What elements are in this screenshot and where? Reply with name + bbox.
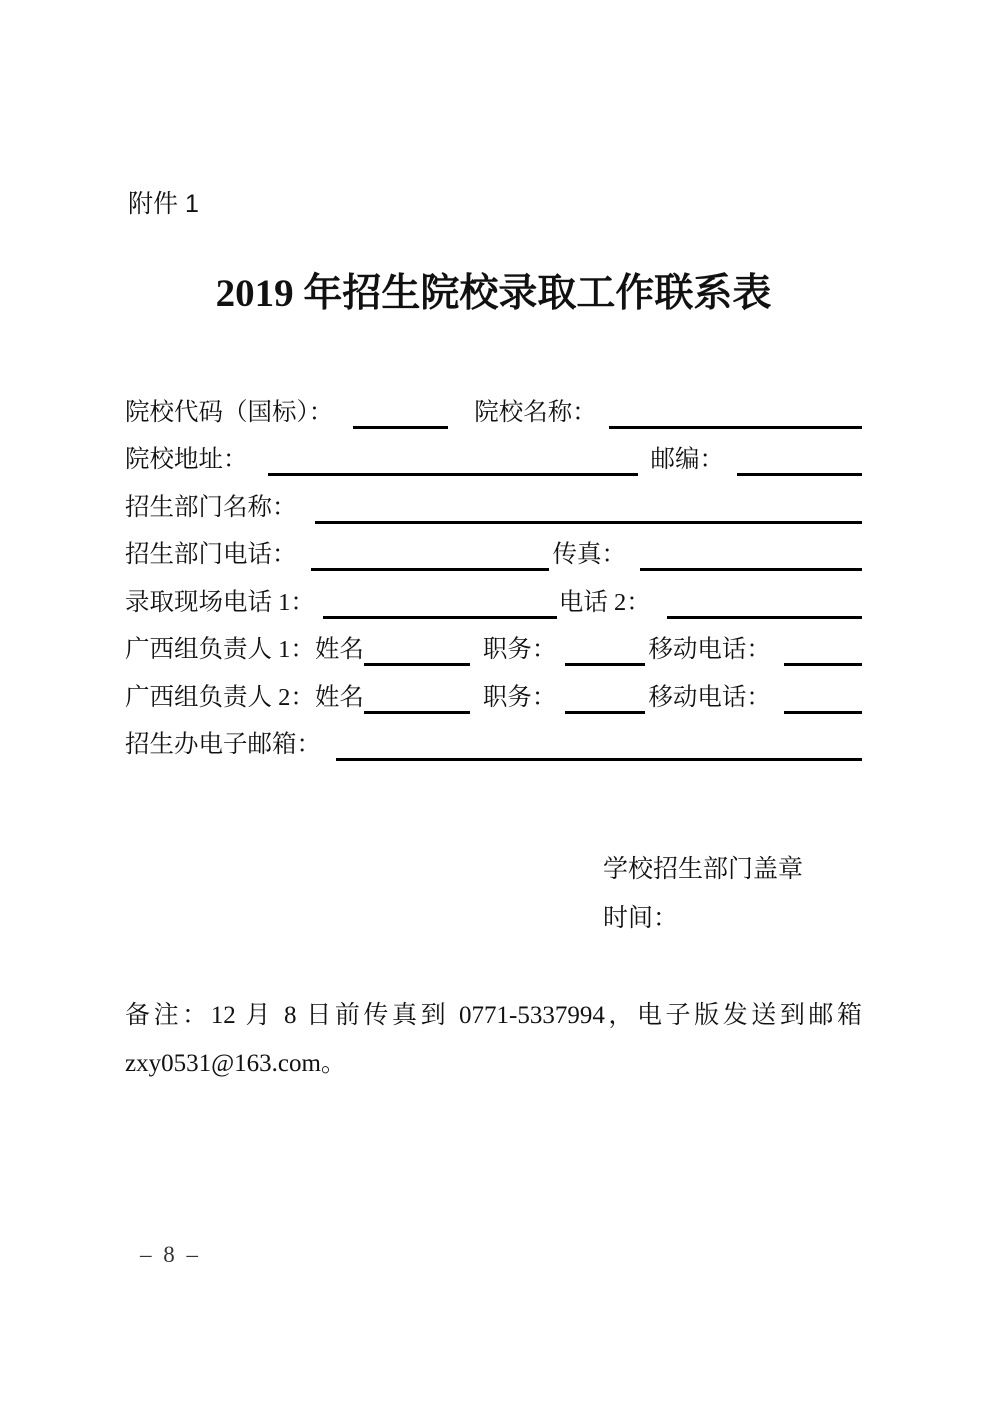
- blank-underline: [565, 654, 645, 666]
- contact-form: 院校代码（国标）：院校名称：院校地址：邮编：招生部门名称：招生部门电话：传真：录…: [125, 381, 862, 761]
- blank-underline: [353, 417, 448, 429]
- form-line: 广西组负责人 2：姓名职务：移动电话：: [125, 666, 862, 714]
- stamp-line: 学校招生部门盖章: [603, 849, 803, 898]
- notes-block: 备注：12 月 8 日前传真到 0771-5337994，电子版发送到邮箱 zx…: [125, 995, 862, 1091]
- time-line: 时间：: [603, 898, 803, 947]
- field-label: 职务：: [483, 682, 557, 714]
- form-line: 招生部门名称：: [125, 476, 862, 524]
- field-label: 电话 2：: [559, 587, 651, 619]
- form-line: 院校地址：邮编：: [125, 429, 862, 477]
- blank-underline: [364, 702, 470, 714]
- blank-underline: [784, 654, 862, 666]
- field-label: 广西组负责人 2：姓名: [125, 682, 364, 714]
- blank-underline: [364, 654, 470, 666]
- blank-underline: [640, 559, 862, 571]
- field-label: 院校名称：: [474, 397, 597, 429]
- field-label: 招生部门名称：: [125, 492, 297, 524]
- field-label: 院校代码（国标）：: [125, 397, 333, 429]
- field-label: 传真：: [553, 539, 627, 571]
- note-line-2: zxy0531@163.com。: [125, 1043, 862, 1091]
- field-label: 录取现场电话 1：: [125, 587, 315, 619]
- field-label: 招生办电子邮箱：: [125, 729, 321, 761]
- blank-underline: [784, 702, 862, 714]
- field-label: 招生部门电话：: [125, 539, 297, 571]
- blank-underline: [336, 749, 862, 761]
- blank-underline: [737, 464, 862, 476]
- field-label: 移动电话：: [648, 682, 771, 714]
- form-line: 广西组负责人 1：姓名职务：移动电话：: [125, 619, 862, 667]
- blank-underline: [315, 512, 863, 524]
- attachment-label: 附件 1: [128, 184, 199, 220]
- form-line: 录取现场电话 1：电话 2：: [125, 571, 862, 619]
- blank-underline: [565, 702, 645, 714]
- form-line: 招生部门电话：传真：: [125, 524, 862, 572]
- page-title: 2019 年招生院校录取工作联系表: [125, 262, 862, 318]
- blank-underline: [609, 417, 862, 429]
- page-number: – 8 –: [140, 1242, 201, 1268]
- field-label: 广西组负责人 1：姓名: [125, 634, 364, 666]
- document-page: 附件 1 2019 年招生院校录取工作联系表 院校代码（国标）：院校名称：院校地…: [0, 0, 992, 1403]
- blank-underline: [667, 607, 862, 619]
- note-line-1: 备注：12 月 8 日前传真到 0771-5337994，电子版发送到邮箱: [125, 995, 862, 1043]
- field-label: 移动电话：: [648, 634, 771, 666]
- field-label: 院校地址：: [125, 444, 248, 476]
- blank-underline: [323, 607, 557, 619]
- blank-underline: [268, 464, 638, 476]
- blank-underline: [311, 559, 549, 571]
- form-line: 院校代码（国标）：院校名称：: [125, 381, 862, 429]
- field-label: 邮编：: [651, 444, 725, 476]
- form-line: 招生办电子邮箱：: [125, 714, 862, 762]
- field-label: 职务：: [483, 634, 557, 666]
- signature-block: 学校招生部门盖章 时间：: [603, 849, 803, 947]
